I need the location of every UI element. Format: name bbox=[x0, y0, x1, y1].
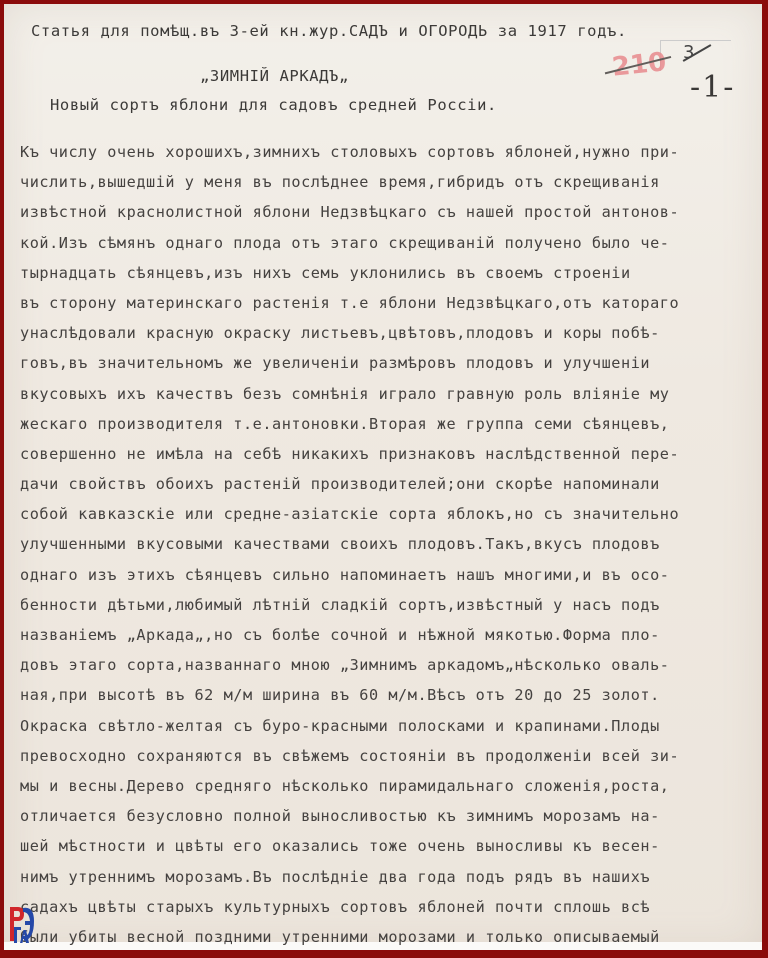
article-title: „ЗИМНIЙ АРКАДЪ„ bbox=[200, 67, 349, 85]
body-line: кой.Изъ сѣмянъ однаго плода отъ этаго ск… bbox=[20, 228, 760, 258]
body-line: шей мѣстности и цвѣты его оказались тоже… bbox=[20, 831, 760, 861]
body-line: тырнадцать сѣянцевъ,изъ нихъ семь уклони… bbox=[20, 258, 760, 288]
body-line: превосходно сохраняются въ свѣжемъ состо… bbox=[20, 741, 760, 771]
body-line: собой кавказскiе или средне-азiатскiе со… bbox=[20, 499, 760, 529]
body-line: Окраска свѣтло-желтая съ буро-красными п… bbox=[20, 711, 760, 741]
rgae-archive-logo-icon bbox=[8, 905, 36, 945]
document-header-line: Статья для помѣщ.въ 3-ей кн.жур.САДЪ и О… bbox=[31, 22, 627, 40]
handwritten-page-number: -1- bbox=[690, 70, 735, 105]
body-line: названiемъ „Аркада„,но съ болѣе сочной и… bbox=[20, 620, 760, 650]
body-line: отличается безусловно полной выносливост… bbox=[20, 801, 760, 831]
body-line: говъ,въ значительномъ же увеличенiи разм… bbox=[20, 348, 760, 378]
body-line: довъ этаго сорта,названнаго мною „Зимним… bbox=[20, 650, 760, 680]
body-line: совершенно не имѣла на себѣ никакихъ при… bbox=[20, 439, 760, 469]
red-archive-number-stamp: 210 bbox=[611, 47, 668, 83]
body-line: въ сторону материнскаго растенiя т.е ябл… bbox=[20, 288, 760, 318]
body-line: Къ числу очень хорошихъ,зимнихъ столовых… bbox=[20, 137, 760, 167]
body-line: однаго изъ этихъ сѣянцевъ сильно напомин… bbox=[20, 560, 760, 590]
body-line: унаслѣдовали красную окраску листьевъ,цв… bbox=[20, 318, 760, 348]
pencil-crossed-number: 3 bbox=[683, 42, 694, 63]
body-line: ная,при высотѣ въ 62 м/м ширина въ 60 м/… bbox=[20, 680, 760, 710]
body-line: бенности дѣтьми,любимый лѣтнiй сладкiй с… bbox=[20, 590, 760, 620]
body-line: дачи свойствъ обоихъ растенiй производит… bbox=[20, 469, 760, 499]
body-line: садахъ цвѣты старыхъ культурныхъ сортовъ… bbox=[20, 892, 760, 922]
article-subtitle: Новый сортъ яблони для садовъ средней Ро… bbox=[50, 96, 497, 114]
body-line: жескаго производителя т.е.антоновки.Втор… bbox=[20, 409, 760, 439]
body-line: вкусовыхъ ихъ качествъ безъ сомнѣнiя игр… bbox=[20, 379, 760, 409]
body-line: улучшенными вкусовыми качествами своихъ … bbox=[20, 529, 760, 559]
body-line: мы и весны.Дерево средняго нѣсколько пир… bbox=[20, 771, 760, 801]
body-line: были убиты весной поздними утренними мор… bbox=[20, 922, 760, 952]
article-body: Къ числу очень хорошихъ,зимнихъ столовых… bbox=[20, 137, 760, 952]
body-line: нимъ утреннимъ морозамъ.Въ послѣднiе два… bbox=[20, 862, 760, 892]
body-line: извѣстной краснолистной яблони Недзвѣцка… bbox=[20, 197, 760, 227]
body-line: числить,вышедшiй у меня въ послѣднее вре… bbox=[20, 167, 760, 197]
